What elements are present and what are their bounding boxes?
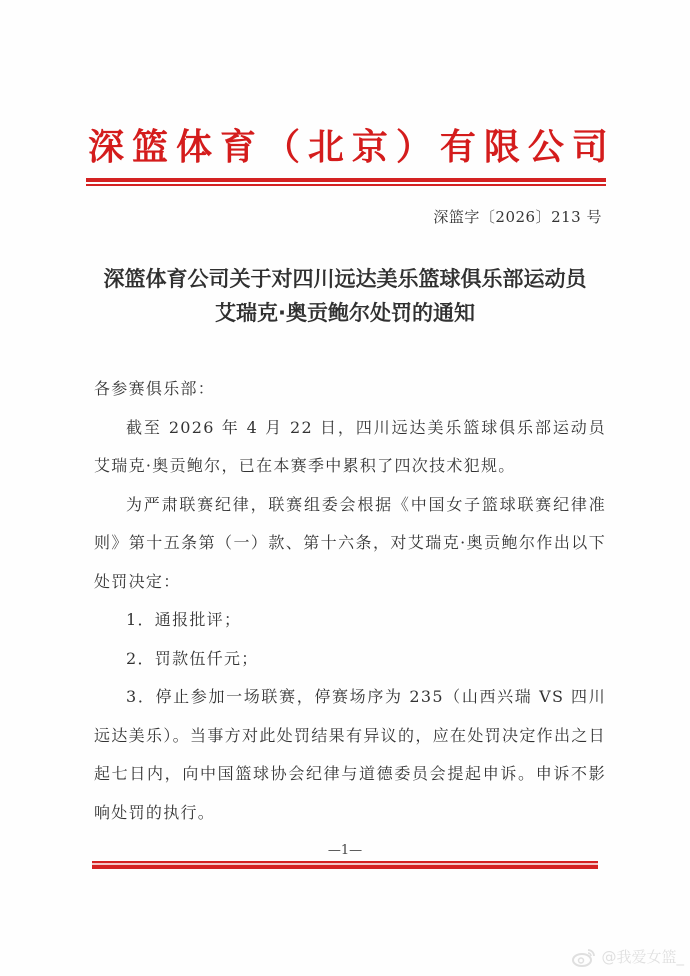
- body-paragraph: 截至 2026 年 4 月 22 日，四川远达美乐篮球俱乐部运动员艾瑞克·奥贡鲍…: [94, 409, 606, 486]
- divider-thin-line: [86, 184, 606, 186]
- letterhead-char: ）: [396, 119, 432, 170]
- divider-thick-line: [92, 865, 598, 869]
- letterhead-char: 体: [176, 119, 212, 170]
- letterhead-char: 北: [308, 119, 344, 170]
- document-number: 深篮字〔2026〕213 号: [433, 206, 602, 227]
- body-paragraph: 为严肃联赛纪律，联赛组委会根据《中国女子篮球联赛纪律准则》第十五条第（一）款、第…: [94, 486, 606, 602]
- letterhead-char: 篮: [132, 119, 168, 170]
- weibo-icon: [571, 947, 597, 967]
- penalty-item: 2．罚款伍仟元；: [94, 640, 606, 679]
- watermark: @我爱女篮_: [571, 946, 684, 967]
- watermark-text: @我爱女篮_: [601, 946, 684, 967]
- penalty-item: 1．通报批评；: [94, 601, 606, 640]
- footer-divider: [92, 861, 598, 869]
- letterhead-char: 深: [88, 119, 124, 170]
- salutation: 各参赛俱乐部：: [94, 370, 606, 409]
- letterhead-char: 育: [220, 119, 256, 170]
- letterhead-company-name: 深 篮 体 育 （ 北 京 ） 有 限 公 司: [88, 120, 608, 168]
- letterhead-char: 限: [484, 119, 520, 170]
- document-title: 深篮体育公司关于对四川远达美乐篮球俱乐部运动员 艾瑞克·奥贡鲍尔处罚的通知: [80, 262, 610, 330]
- letterhead-char: （: [264, 119, 300, 170]
- letterhead-char: 京: [352, 119, 388, 170]
- letterhead-char: 有: [440, 119, 476, 170]
- letterhead-char: 司: [572, 119, 608, 170]
- document-title-line-2: 艾瑞克·奥贡鲍尔处罚的通知: [80, 296, 610, 330]
- document-page: 深 篮 体 育 （ 北 京 ） 有 限 公 司 深篮字〔2026〕213 号 深…: [0, 0, 690, 976]
- letterhead-char: 公: [528, 119, 564, 170]
- page-number: —1—: [0, 843, 690, 858]
- document-body: 各参赛俱乐部： 截至 2026 年 4 月 22 日，四川远达美乐篮球俱乐部运动…: [94, 370, 606, 832]
- penalty-item: 3．停止参加一场联赛，停赛场序为 235（山西兴瑞 VS 四川远达美乐）。当事方…: [94, 678, 606, 832]
- letterhead-divider: [86, 178, 606, 186]
- document-title-line-1: 深篮体育公司关于对四川远达美乐篮球俱乐部运动员: [80, 262, 610, 296]
